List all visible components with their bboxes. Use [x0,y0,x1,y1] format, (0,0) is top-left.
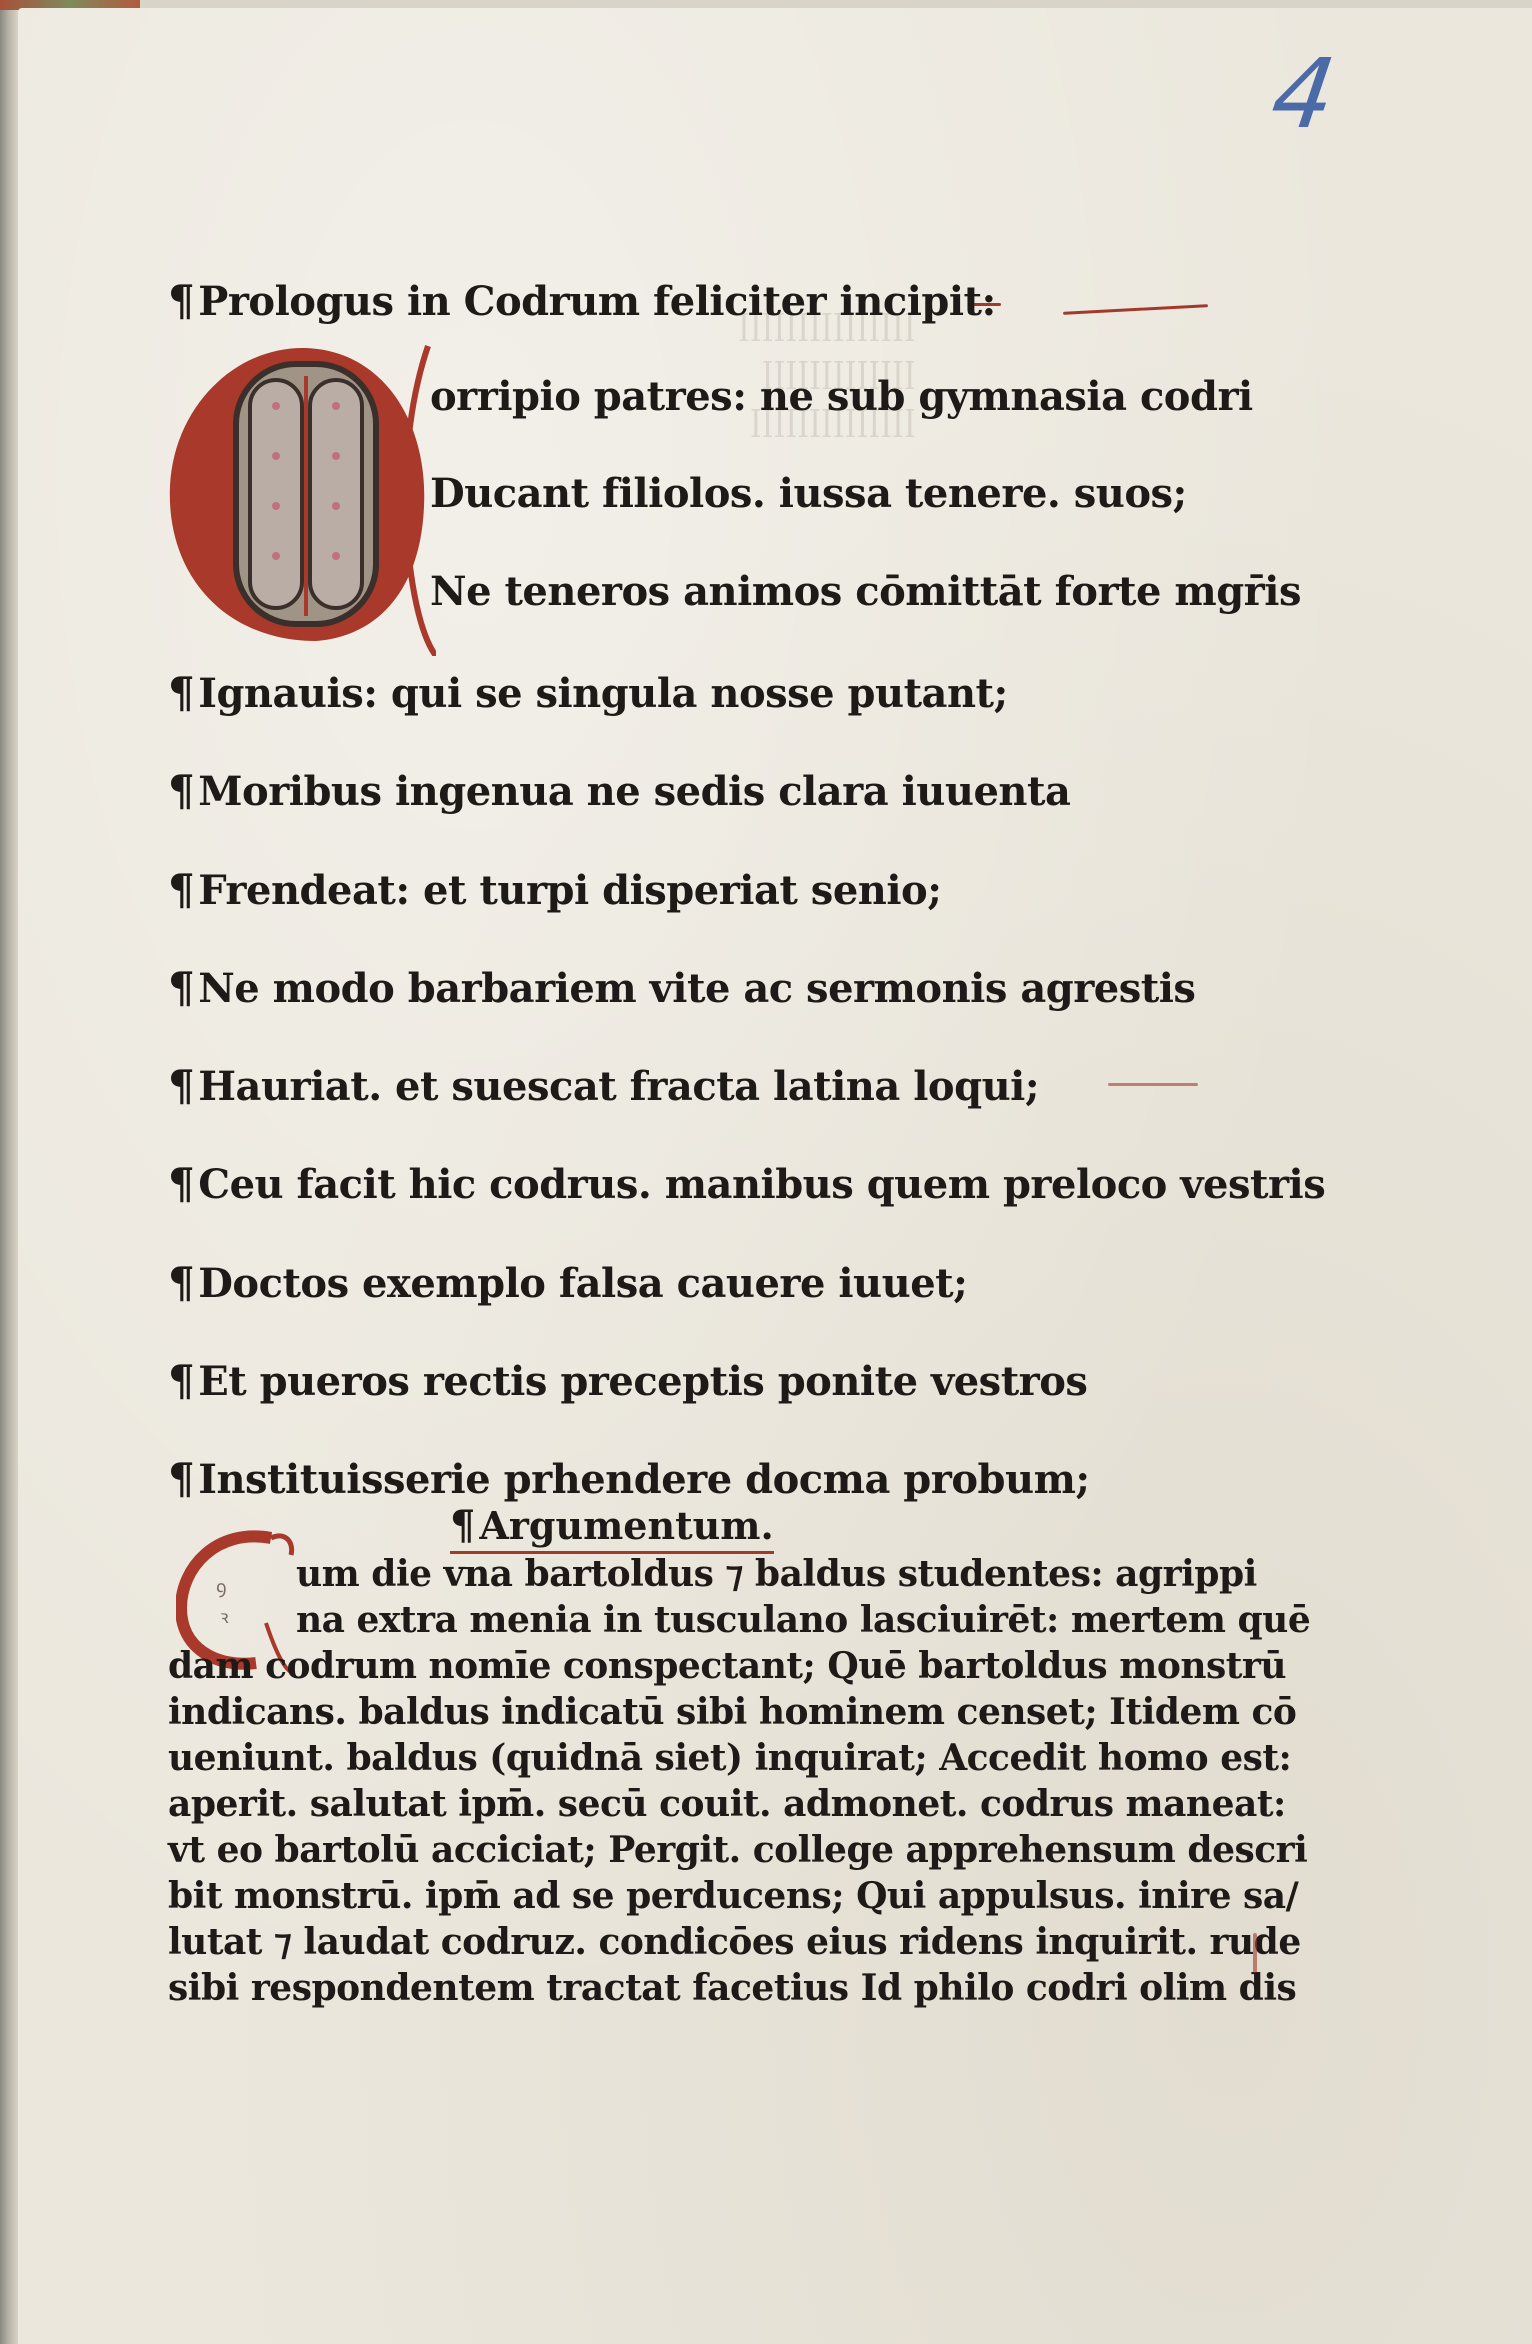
illuminated-initial-o-icon [166,336,436,656]
verse-line: ¶Et pueros rectis preceptis ponite vestr… [168,1356,1087,1405]
pilcrow-icon: ¶ [168,1258,194,1307]
argument-line: ueniunt. baldus (quidnā siet) inquirat; … [168,1737,1291,1779]
verse-line: ¶Moribus ingenua ne sedis clara iuuenta [168,766,1070,815]
argument-line: indicans. baldus indicatū sibi hominem c… [168,1691,1296,1733]
binding-edge [0,0,18,2344]
verse-line: ¶Ne modo barbariem vite ac sermonis agre… [168,963,1195,1012]
pilcrow-icon: ¶ [168,668,194,717]
pilcrow-icon: ¶ [168,276,194,325]
verse-line: ¶Ignauis: qui se singula nosse putant; [168,668,1008,717]
pilcrow-icon: ¶ [450,1503,475,1549]
pilcrow-icon: ¶ [168,1159,194,1208]
margin-mark [1253,1933,1257,1973]
pilcrow-icon: ¶ [168,963,194,1012]
argument-line: dam codrum nomīe conspectant; Quē bartol… [168,1645,1286,1687]
rubric-flourish [1063,304,1208,315]
pilcrow-icon: ¶ [168,1356,194,1405]
svg-text:ꝯ: ꝯ [216,1577,227,1598]
pilcrow-icon: ¶ [168,766,194,815]
verse-line: ¶Ceu facit hic codrus. manibus quem prel… [168,1159,1325,1208]
argument-line: sibi respondentem tractat facetius Id ph… [168,1967,1296,2009]
argument-line: vt eo bartolū acciciat; Pergit. college … [168,1829,1307,1871]
pilcrow-icon: ¶ [168,865,194,914]
verse-line: orripio patres: ne sub gymnasia codri [430,373,1253,420]
rubric-flourish [1108,1083,1198,1086]
verse-line: ¶Hauriat. et suescat fracta latina loqui… [168,1061,1039,1110]
manuscript-page: 4 ꟾꟾꟾꟾꟾꟾꟾꟾꟾꟾꟾꟾꟾꟾꟾ ꟾꟾꟾꟾꟾꟾꟾꟾꟾꟾꟾꟾꟾ ꟾꟾꟾꟾꟾꟾꟾꟾ… [18,8,1532,2344]
svg-text:ꝛ: ꝛ [220,1607,229,1628]
pilcrow-icon: ¶ [168,1454,194,1503]
verse-line: ¶Doctos exemplo falsa cauere iuuet; [168,1258,967,1307]
argument-line: lutat ⁊ laudat codruz. condicōes eius ri… [168,1921,1301,1963]
verse-line: Ducant filiolos. iussa tenere. suos; [430,470,1187,517]
argumentum-title: ¶Argumentum. [450,1503,774,1554]
argument-line: na extra menia in tusculano lasciuirēt: … [296,1599,1310,1641]
argument-line: um die vna bartoldus ⁊ baldus studentes:… [296,1553,1257,1595]
pilcrow-icon: ¶ [168,1061,194,1110]
argument-line: aperit. salutat ipm̄. secū couit. admone… [168,1783,1286,1825]
verse-line: ¶Frendeat: et turpi disperiat senio; [168,865,942,914]
folio-number: 4 [1265,38,1342,150]
argument-line: bit monstrū. ipm̄ ad se perducens; Qui a… [168,1875,1298,1917]
verse-line: ¶Instituisserie prhendere docma probum; [168,1454,1090,1503]
verse-line: Ne teneros animos cōmittāt forte mgr̄is [430,568,1301,615]
prologue-heading: ¶Prologus in Codrum feliciter incipit: [168,276,996,325]
